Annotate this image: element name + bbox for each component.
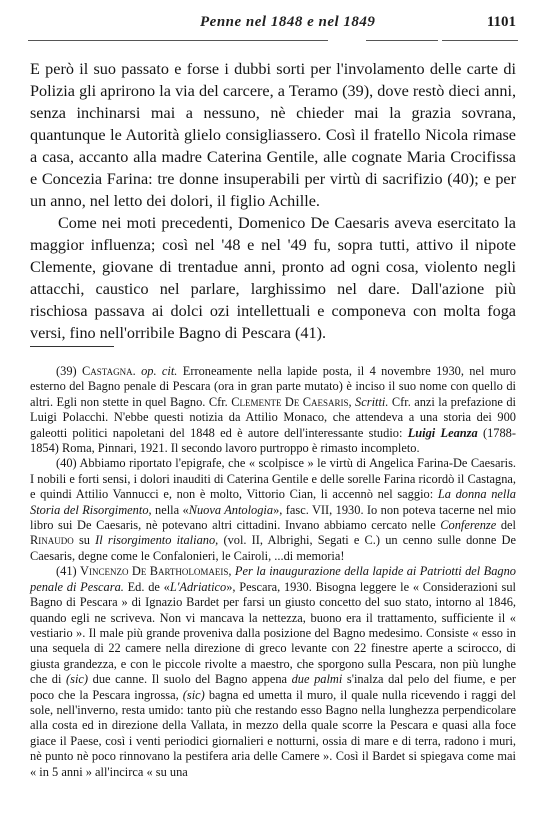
footnote-number: (40) bbox=[56, 456, 77, 470]
running-title: Penne nel 1848 e nel 1849 bbox=[200, 14, 375, 31]
footnote-title: Il risorgimento italiano, bbox=[95, 533, 218, 547]
footnote-separator bbox=[30, 346, 114, 347]
footnote-title: due palmi bbox=[292, 672, 343, 686]
body-paragraph-2: Come nei moti precedenti, Domenico De Ca… bbox=[30, 212, 516, 344]
footnote-number: (39) bbox=[56, 364, 77, 378]
footnote-text: su bbox=[79, 533, 90, 547]
header-rule-right bbox=[442, 40, 518, 41]
footnote-title: Luigi Leanza bbox=[408, 426, 478, 440]
footnote-title: L'Adriatico bbox=[170, 580, 226, 594]
main-text: E però il suo passato e forse i dubbi so… bbox=[30, 58, 516, 344]
page-number: 1101 bbox=[487, 14, 516, 31]
header-rule-mid bbox=[366, 40, 438, 41]
footnote-39: (39) Castagna. op. cit. Erroneamente nel… bbox=[30, 364, 516, 456]
footnote-text: Ed. de « bbox=[128, 580, 170, 594]
footnote-sic: (sic) bbox=[183, 688, 205, 702]
footnote-40: (40) Abbiamo riportato l'epigrafe, che «… bbox=[30, 456, 516, 564]
footnote-41: (41) Vincenzo De Bartholomaeis, Per la i… bbox=[30, 564, 516, 780]
footnote-text: due canne. Il suolo del Bagno appena bbox=[93, 672, 287, 686]
footnote-text: del bbox=[501, 518, 516, 532]
body-paragraph-1: E però il suo passato e forse i dubbi so… bbox=[30, 58, 516, 212]
footnote-title: Conferenze bbox=[440, 518, 496, 532]
footnote-author: Clemente De Caesaris, bbox=[231, 395, 351, 409]
footnote-text: nella « bbox=[155, 503, 189, 517]
footnote-sic: (sic) bbox=[66, 672, 88, 686]
page-header: Penne nel 1848 e nel 1849 1101 bbox=[30, 14, 516, 34]
header-rule-left bbox=[28, 40, 328, 41]
footnotes: (39) Castagna. op. cit. Erroneamente nel… bbox=[30, 364, 516, 780]
footnote-title: Scritti. bbox=[355, 395, 388, 409]
footnote-title: Nuova Antologia bbox=[189, 503, 273, 517]
footnote-author: Vincenzo De Bartholomaeis, bbox=[80, 564, 231, 578]
footnote-number: (41) bbox=[56, 564, 77, 578]
footnote-text: », Pescara, 1930. Bisogna leggere le « C… bbox=[30, 580, 516, 686]
footnote-author: Castagna. bbox=[82, 364, 136, 378]
footnote-author: Rinaudo bbox=[30, 533, 74, 547]
footnote-ref: op. cit. bbox=[141, 364, 177, 378]
